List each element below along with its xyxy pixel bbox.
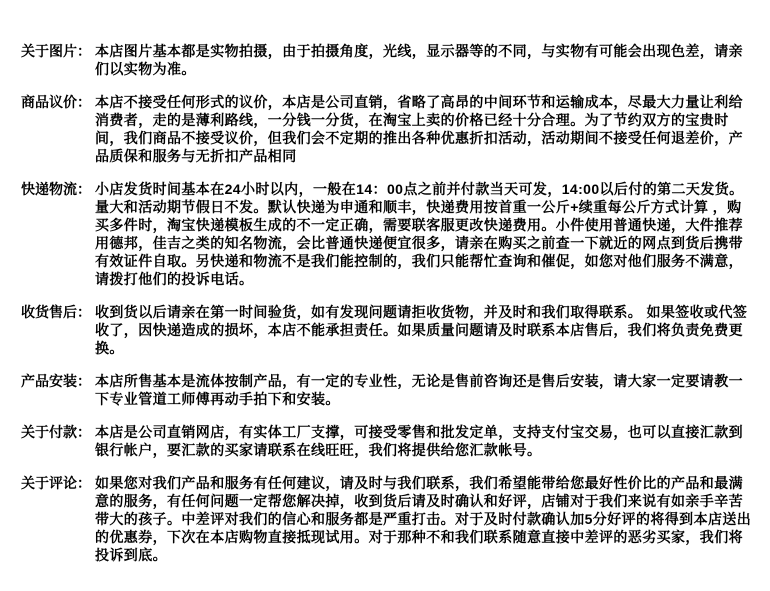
policy-section-reviews: 关于评论： 如果您对我们产品和服务有任何建议，请及时与我们联系，我们希望能带给您… bbox=[21, 474, 756, 564]
section-label-bargaining: 商品议价： bbox=[21, 93, 95, 111]
section-label-installation: 产品安装： bbox=[21, 372, 95, 390]
policy-section-about-images: 关于图片： 本店图片基本都是实物拍摄，由于拍摄角度，光线，显示器等的不同，与实物… bbox=[21, 42, 756, 78]
section-label-about-images: 关于图片： bbox=[21, 42, 95, 60]
section-body-installation: 本店所售基本是流体按制产品，有一定的专业性，无论是售前咨询还是售后安装，请大家一… bbox=[95, 372, 755, 408]
section-label-shipping: 快递物流： bbox=[21, 180, 95, 198]
section-body-about-images: 本店图片基本都是实物拍摄，由于拍摄角度，光线，显示器等的不同，与实物有可能会出现… bbox=[95, 42, 755, 78]
policy-section-installation: 产品安装： 本店所售基本是流体按制产品，有一定的专业性，无论是售前咨询还是售后安… bbox=[21, 372, 756, 408]
section-body-after-sales: 收到货以后请亲在第一时间验货，如有发现问题请拒收货物，并及时和我们取得联系。 如… bbox=[95, 303, 755, 357]
policy-section-after-sales: 收货售后： 收到货以后请亲在第一时间验货，如有发现问题请拒收货物，并及时和我们取… bbox=[21, 303, 756, 357]
section-label-reviews: 关于评论： bbox=[21, 474, 95, 492]
section-body-shipping: 小店发货时间基本在24小时以内，一般在14：00点之前并付款当天可发，14:00… bbox=[95, 180, 755, 288]
section-body-reviews: 如果您对我们产品和服务有任何建议，请及时与我们联系，我们希望能带给您最好性价比的… bbox=[95, 474, 755, 564]
section-body-payment: 本店是公司直销网店，有实体工厂支撑，可接受零售和批发定单，支持支付宝交易，也可以… bbox=[95, 423, 755, 459]
section-label-payment: 关于付款： bbox=[21, 423, 95, 441]
policy-section-shipping: 快递物流： 小店发货时间基本在24小时以内，一般在14：00点之前并付款当天可发… bbox=[21, 180, 756, 288]
policy-section-payment: 关于付款： 本店是公司直销网店，有实体工厂支撑，可接受零售和批发定单，支持支付宝… bbox=[21, 423, 756, 459]
section-label-after-sales: 收货售后： bbox=[21, 303, 95, 321]
section-body-bargaining: 本店不接受任何形式的议价，本店是公司直销，省略了高昂的中间环节和运输成本，尽最大… bbox=[95, 93, 755, 165]
policy-section-bargaining: 商品议价： 本店不接受任何形式的议价，本店是公司直销，省略了高昂的中间环节和运输… bbox=[21, 93, 756, 165]
store-policy-page: 关于图片： 本店图片基本都是实物拍摄，由于拍摄角度，光线，显示器等的不同，与实物… bbox=[0, 0, 770, 591]
